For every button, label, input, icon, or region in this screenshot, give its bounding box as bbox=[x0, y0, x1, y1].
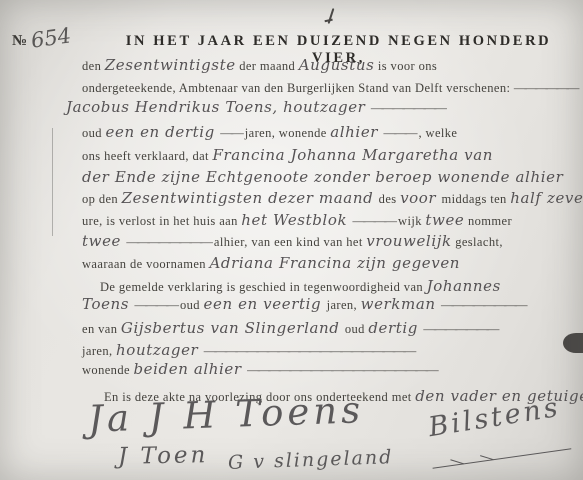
handwritten-text: Adriana Francina zijn gegeven bbox=[209, 254, 460, 272]
printed-text: geslacht, bbox=[452, 235, 503, 249]
signature-father-small: J Toen bbox=[118, 442, 209, 470]
printed-text: ondergeteekende, Ambtenaar van den Burge… bbox=[82, 81, 514, 95]
doc-line: oud een en dertig —— jaren, wonende alhi… bbox=[82, 124, 457, 141]
handwritten-text: Zesentwintigsten dezer maand bbox=[122, 189, 379, 207]
printed-text: oud bbox=[345, 322, 368, 336]
doc-line: den Zesentwintigste der maand Augustus i… bbox=[82, 57, 437, 74]
ink-dash: —————— bbox=[514, 80, 577, 95]
ink-dash: ———— bbox=[353, 213, 395, 228]
printed-text: alhier, van een kind van het bbox=[210, 235, 366, 249]
printed-text: ure, is verlost in het huis aan bbox=[82, 214, 241, 228]
printed-text: middags ten bbox=[442, 192, 511, 206]
signature-father-large: Ja J H Toens bbox=[87, 388, 364, 441]
ink-dash: ——— bbox=[383, 125, 415, 140]
handwritten-text: een en veertig bbox=[203, 295, 326, 313]
act-number-value: 654 bbox=[30, 23, 73, 52]
handwritten-text: twee bbox=[82, 232, 126, 250]
handwritten-text: een en dertig bbox=[105, 123, 220, 141]
handwritten-text: Johannes bbox=[427, 277, 501, 295]
handwritten-text: Jacobus Hendrikus Toens, houtzager bbox=[66, 98, 371, 116]
printed-text: jaren, bbox=[82, 344, 116, 358]
act-number: № 654 bbox=[12, 26, 108, 50]
handwritten-text: der Ende zijne Echtgenoote zonder beroep… bbox=[82, 168, 563, 186]
ink-dash: ———————— bbox=[441, 297, 525, 312]
paper-crease bbox=[52, 128, 53, 236]
doc-line: De gemelde verklaring is geschied in teg… bbox=[100, 278, 501, 295]
printed-text: en van bbox=[82, 322, 121, 336]
handwritten-text: houtzager bbox=[116, 341, 204, 359]
doc-line: ondergeteekende, Ambtenaar van den Burge… bbox=[82, 81, 577, 96]
handwritten-text: het Westblok bbox=[241, 211, 352, 229]
ink-dash: ——————— bbox=[371, 100, 445, 115]
doc-line: Jacobus Hendrikus Toens, houtzager —————… bbox=[66, 99, 444, 116]
printed-text: oud bbox=[176, 298, 203, 312]
doc-line: Toens ———— oud een en veertig jaren, wer… bbox=[82, 296, 525, 313]
ink-dash: —————————————————— bbox=[247, 362, 436, 377]
ink-dash: ——————— bbox=[423, 321, 497, 336]
handwritten-text: werkman bbox=[361, 295, 441, 313]
printed-text: des bbox=[379, 192, 400, 206]
signature-flourish bbox=[433, 448, 572, 469]
handwritten-text: Zesentwintigste bbox=[105, 56, 236, 74]
ink-dash: ———————— bbox=[126, 234, 210, 249]
ink-dash: —— bbox=[220, 125, 241, 140]
printed-text: is voor ons bbox=[374, 59, 437, 73]
birth-certificate-scan: № 654 IN HET JAAR EEN DUIZEND NEGEN HOND… bbox=[0, 0, 583, 480]
printed-text: wonende bbox=[82, 363, 133, 377]
printed-text: jaren, bbox=[327, 298, 361, 312]
doc-line: ons heeft verklaard, dat Francina Johann… bbox=[82, 147, 493, 164]
signature-witness: G v slingeland bbox=[228, 446, 394, 474]
handwritten-text: beiden alhier bbox=[133, 360, 247, 378]
handwritten-text: half zeven bbox=[510, 189, 583, 207]
handwritten-text: Toens bbox=[82, 295, 134, 313]
printed-text: De gemelde verklaring is geschied in teg… bbox=[100, 280, 427, 294]
printed-text: ons heeft verklaard, dat bbox=[82, 149, 212, 163]
printed-text: der maand bbox=[236, 59, 299, 73]
doc-line: wonende beiden alhier —————————————————— bbox=[82, 361, 436, 378]
printed-text: jaren, wonende bbox=[241, 126, 330, 140]
ink-dash: ———— bbox=[134, 297, 176, 312]
scan-edge-smudge bbox=[563, 333, 583, 353]
stray-ink-mark bbox=[328, 8, 335, 24]
handwritten-text: twee bbox=[425, 211, 464, 229]
doc-line: ure, is verlost in het huis aan het West… bbox=[82, 212, 512, 229]
numero-symbol: № bbox=[12, 33, 27, 50]
doc-line: der Ende zijne Echtgenoote zonder beroep… bbox=[82, 169, 563, 186]
handwritten-text: Gijsbertus van Slingerland bbox=[121, 319, 345, 337]
printed-text: , welke bbox=[415, 126, 457, 140]
doc-line: waaraan de voornamen Adriana Francina zi… bbox=[82, 255, 460, 272]
printed-text: wijk bbox=[395, 214, 426, 228]
printed-text: waaraan de voornamen bbox=[82, 257, 209, 271]
doc-line: en van Gijsbertus van Slingerland oud de… bbox=[82, 320, 497, 337]
doc-line: twee ———————— alhier, van een kind van h… bbox=[82, 233, 503, 250]
handwritten-text: Francina Johanna Margaretha van bbox=[212, 146, 493, 164]
doc-line: op den Zesentwintigsten dezer maand des … bbox=[82, 190, 583, 207]
handwritten-text: vrouwelijk bbox=[366, 232, 451, 250]
printed-text: nommer bbox=[464, 214, 512, 228]
printed-text: op den bbox=[82, 192, 122, 206]
handwritten-text: Augustus bbox=[299, 56, 375, 74]
printed-text: oud bbox=[82, 126, 105, 140]
doc-line: jaren, houtzager ———————————————————— bbox=[82, 342, 414, 359]
handwritten-text: dertig bbox=[368, 319, 423, 337]
handwritten-text: alhier bbox=[330, 123, 383, 141]
handwritten-text: voor bbox=[400, 189, 441, 207]
printed-text: den bbox=[82, 59, 105, 73]
ink-dash: ———————————————————— bbox=[204, 343, 414, 358]
